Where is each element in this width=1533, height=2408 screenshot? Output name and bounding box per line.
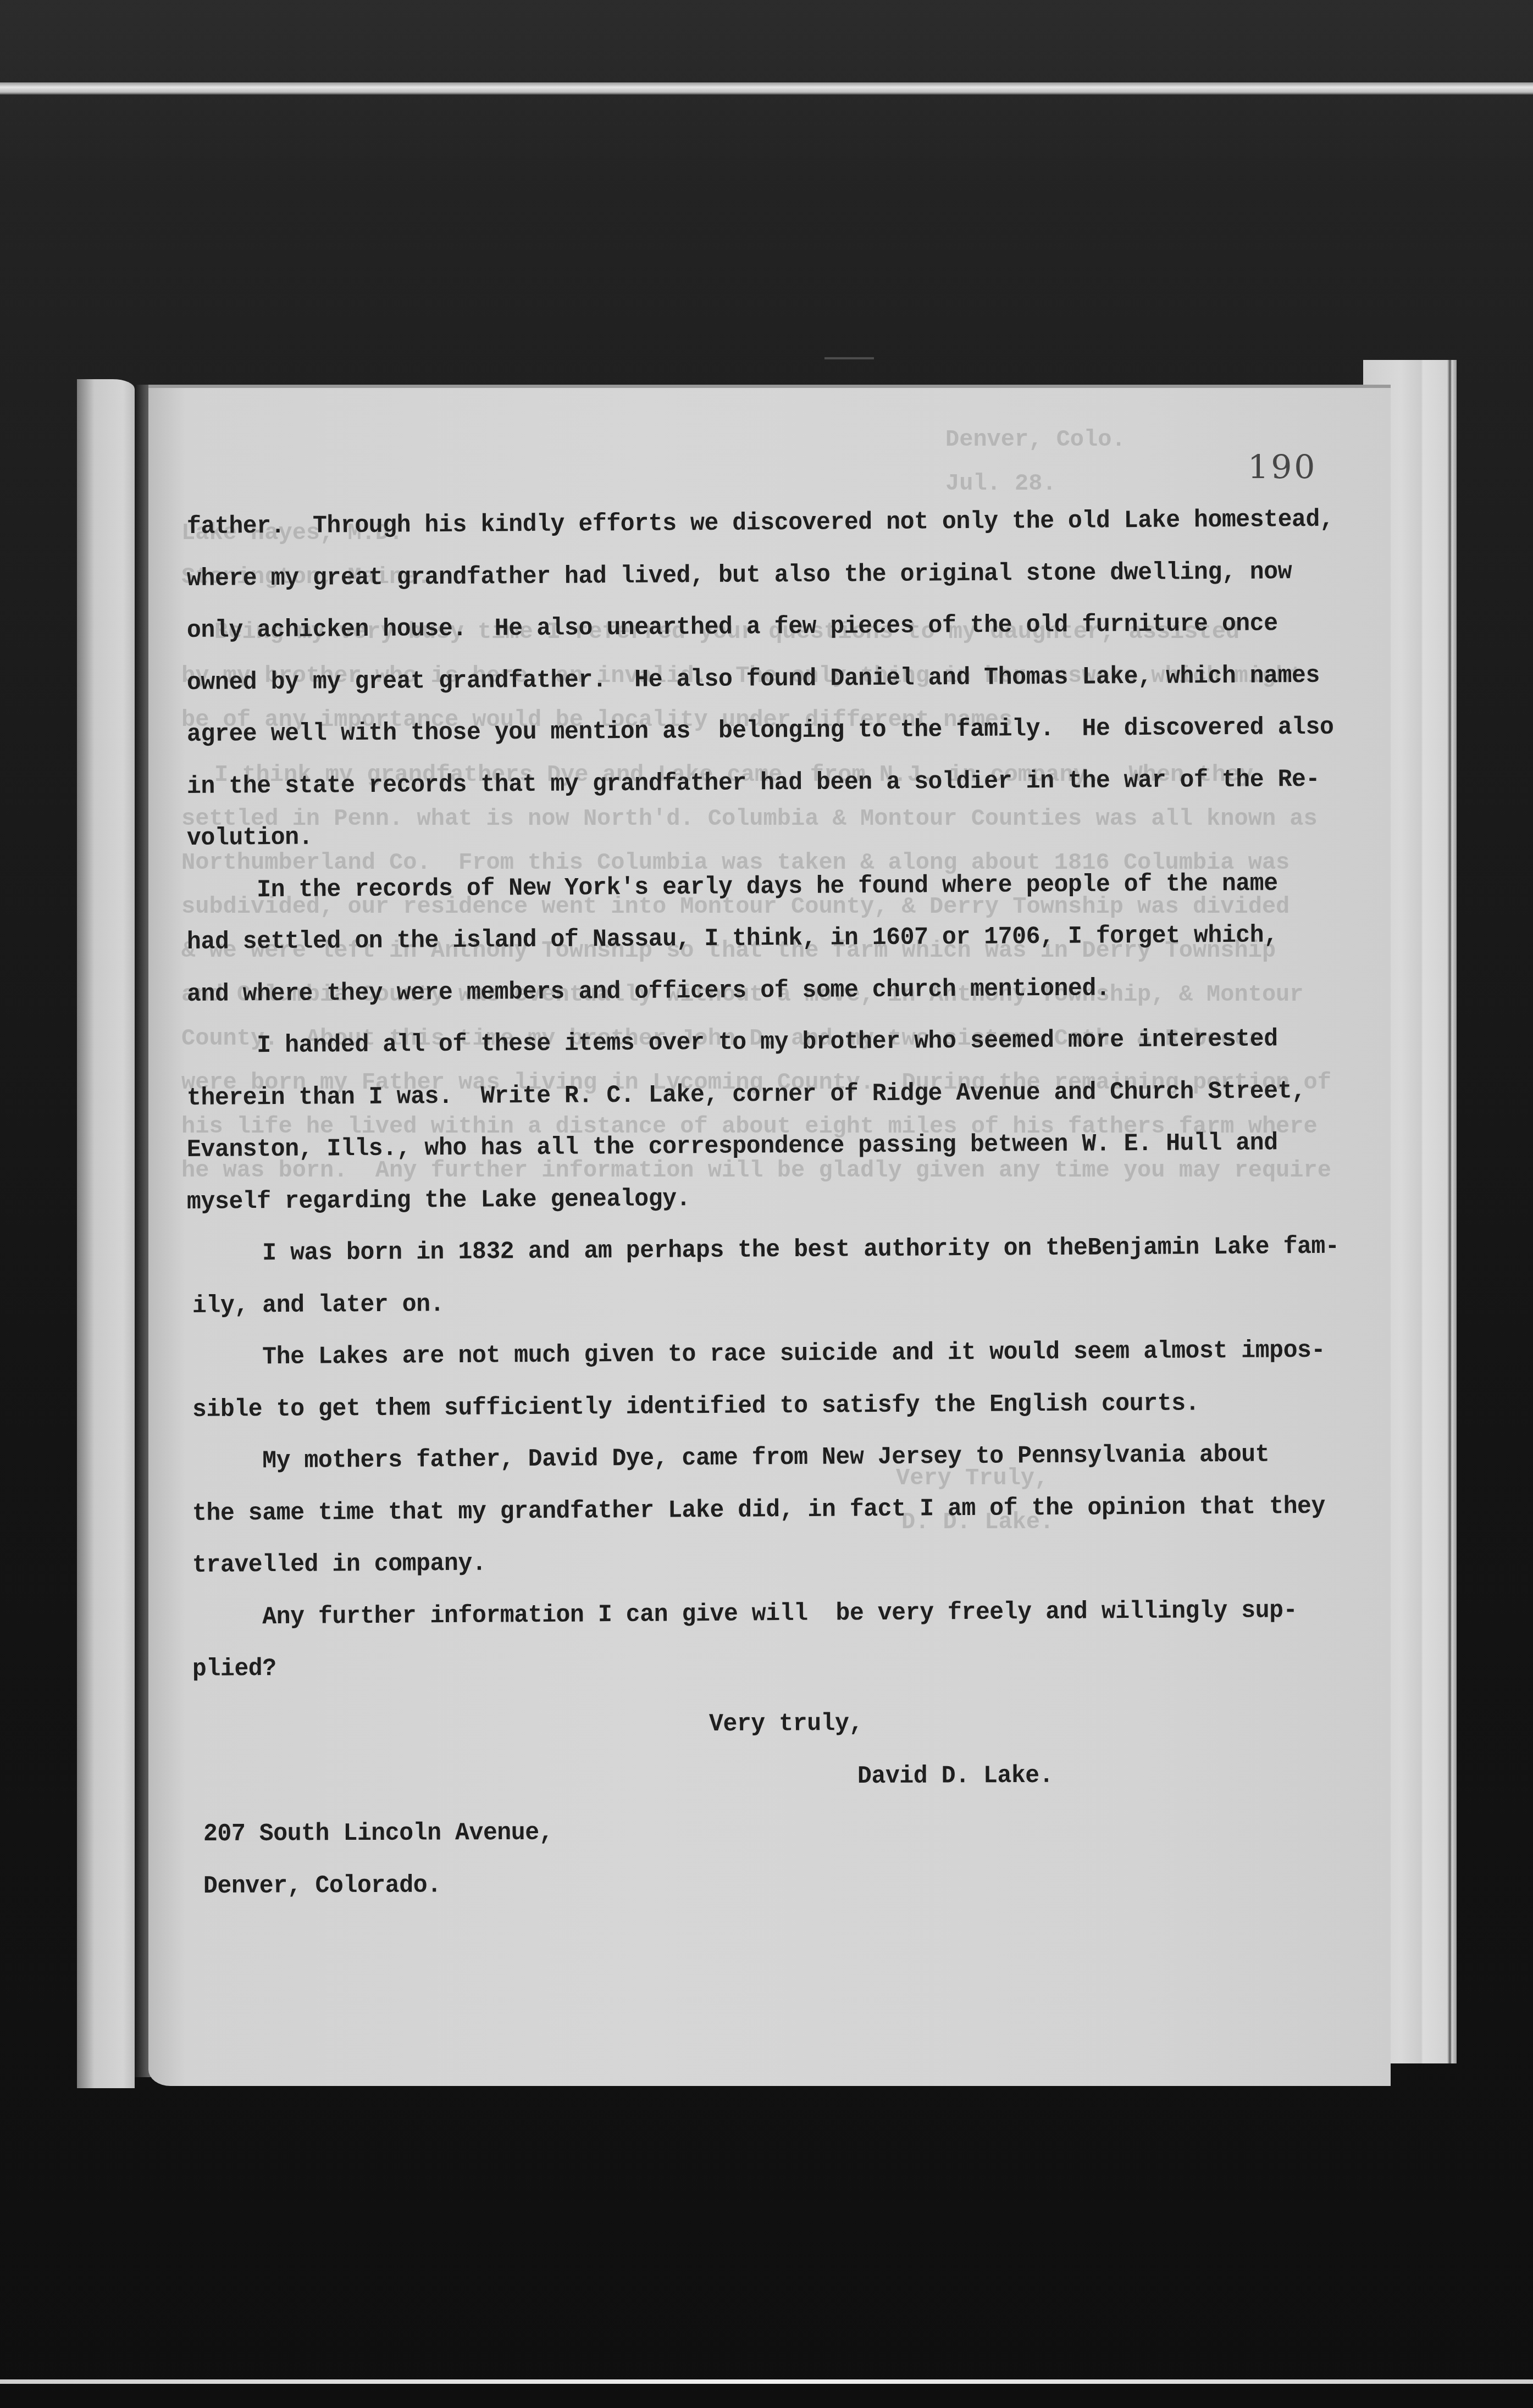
letter-line: agree well with those you mention as bel… (187, 715, 1334, 747)
film-scratch (824, 357, 874, 359)
film-edge-top (0, 82, 1533, 95)
letter-line: My mothers father, David Dye, came from … (192, 1442, 1269, 1474)
letter-line: where my great grandfather had lived, bu… (187, 559, 1292, 591)
letter-line: plied? (192, 1656, 276, 1682)
letter-body: father. Through his kindly efforts we di… (148, 388, 1391, 2086)
return-address-line: 207 South Lincoln Avenue, (203, 1821, 553, 1846)
facing-page-edge (77, 379, 135, 2088)
letter-line: Evanston, Ills., who has all the corresp… (187, 1130, 1278, 1162)
letter-line: had settled on the island of Nassau, I t… (187, 923, 1278, 955)
letter-line: and where they were members and officers… (187, 976, 1110, 1007)
letter-line: I handed all of these items over to my b… (187, 1027, 1278, 1058)
letter-line: The Lakes are not much given to race sui… (192, 1338, 1325, 1370)
closing: Very truly, (709, 1711, 863, 1736)
film-edge-bottom (0, 2379, 1533, 2384)
letter-line: in the state records that my grandfather… (187, 767, 1320, 798)
letter-line: travelled in company. (192, 1551, 486, 1578)
letter-line: In the records of New York's early days … (187, 871, 1278, 903)
letter-line: father. Through his kindly efforts we di… (187, 507, 1334, 539)
letter-line: I was born in 1832 and am perhaps the be… (192, 1234, 1340, 1266)
letter-line: the same time that my grandfather Lake d… (192, 1494, 1325, 1525)
letter-line: myself regarding the Lake genealogy. (187, 1186, 690, 1214)
letter-page: Denver, Colo.Jul. 28.Lake Hayes, M.D.Sto… (148, 385, 1391, 2086)
letter-line: therein than I was. Write R. C. Lake, co… (187, 1079, 1306, 1111)
letter-line: owned by my great grandfather. He also f… (187, 663, 1320, 695)
letter-line: volution. (187, 825, 313, 851)
letter-line: Any further information I can give will … (192, 1598, 1297, 1630)
return-address-line: Denver, Colorado. (203, 1873, 441, 1899)
signature: David D. Lake. (857, 1763, 1053, 1789)
letter-line: sible to get them sufficiently identifie… (192, 1391, 1199, 1422)
letter-line: only achicken house. He also unearthed a… (187, 611, 1278, 643)
letter-line: ily, and later on. (192, 1292, 444, 1318)
